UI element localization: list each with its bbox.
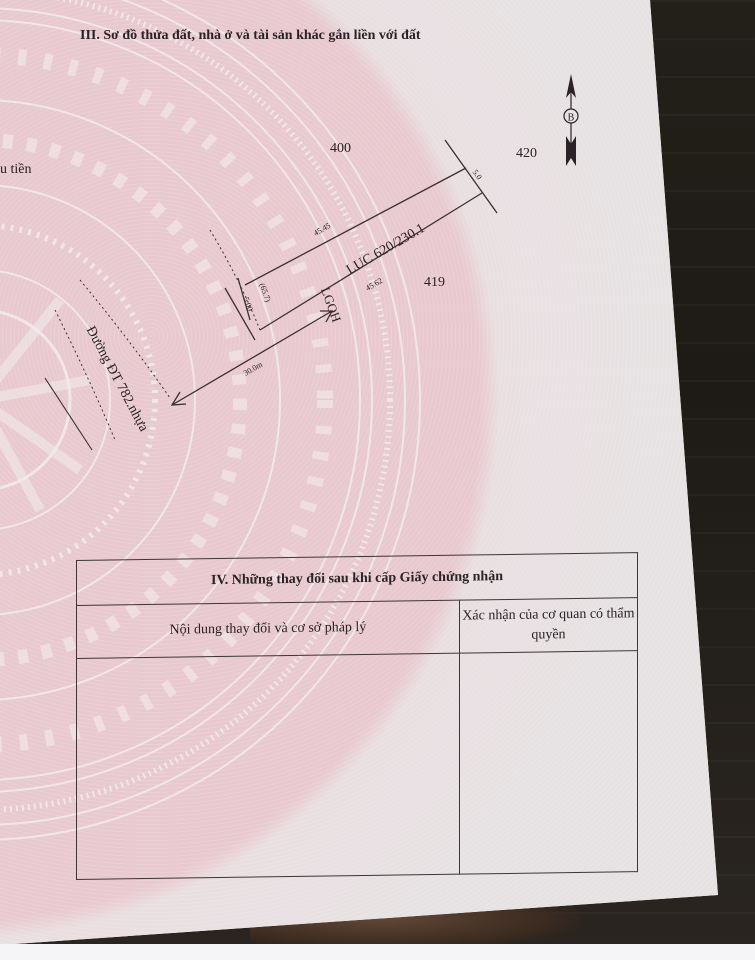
column-header-change-content: Nội dung thay đổi và cơ sở pháp lý bbox=[77, 600, 460, 658]
change-content-cell bbox=[77, 653, 460, 879]
screen-bottom-bar bbox=[0, 944, 755, 960]
changes-after-issuance-table: IV. Những thay đổi sau khi cấp Giấy chứn… bbox=[76, 552, 638, 880]
neighbor-parcel-400: 400 bbox=[330, 141, 351, 157]
neighbor-parcel-419: 419 bbox=[424, 275, 445, 291]
section-iv-title: IV. Những thay đổi sau khi cấp Giấy chứn… bbox=[77, 553, 638, 606]
neighbor-parcel-420: 420 bbox=[516, 146, 537, 162]
table-row bbox=[77, 651, 638, 880]
authority-confirmation-cell bbox=[459, 651, 637, 874]
column-header-authority-confirmation: Xác nhận của cơ quan có thẩm quyền bbox=[459, 598, 637, 653]
